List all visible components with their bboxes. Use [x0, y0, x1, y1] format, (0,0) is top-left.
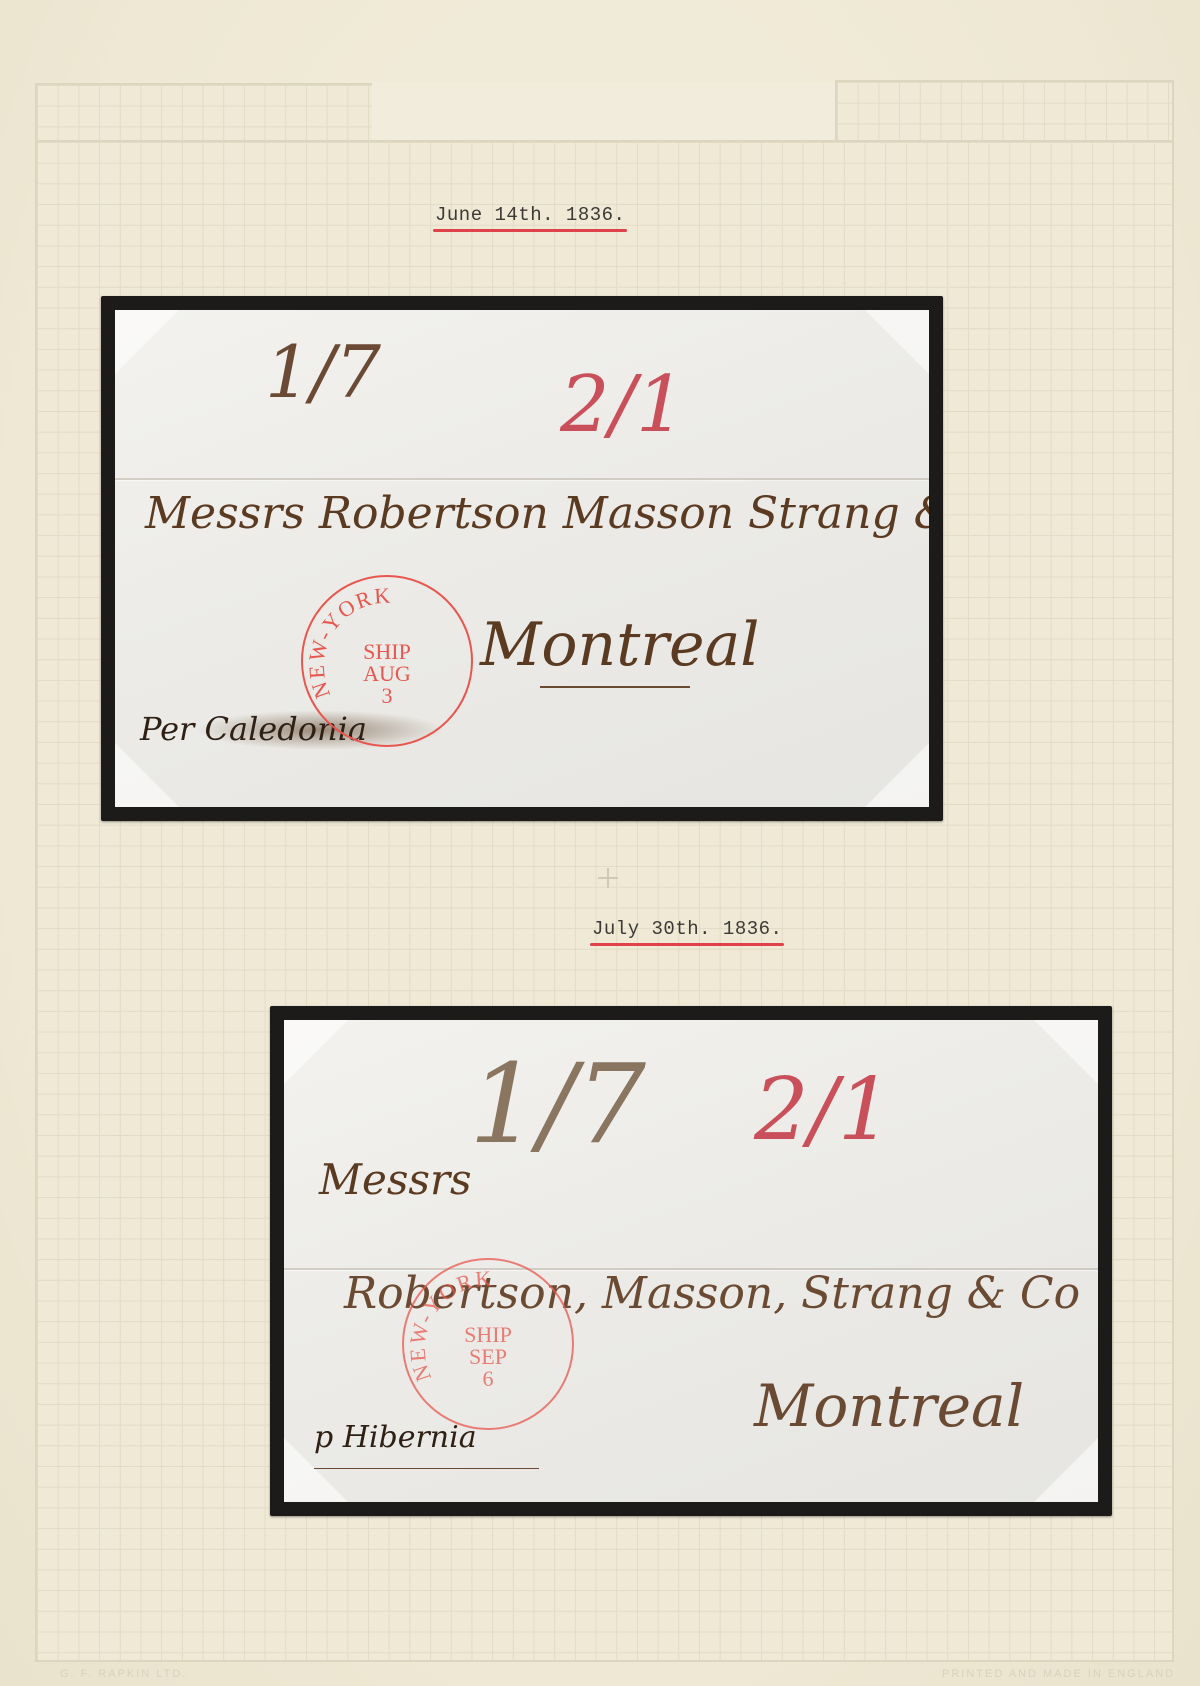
red-rate-marking: 2/1: [754, 1060, 892, 1160]
new-york-ship-postmark: NEW-YORK SHIP AUG 3: [301, 575, 473, 747]
grid-notch: [372, 82, 835, 142]
publisher-imprint: G. F. RAPKIN LTD.: [60, 1668, 187, 1680]
red-rate-marking: 2/1: [560, 360, 686, 450]
address-line-1: Messrs Robertson Masson Strang & Co: [145, 488, 929, 539]
photo-corner: [284, 1020, 348, 1084]
caption-underline: [433, 229, 627, 232]
address-line-1: Messrs: [319, 1155, 472, 1204]
cover-mount-1[interactable]: 1/7 2/1 Messrs Robertson Masson Strang &…: [101, 296, 943, 821]
photo-corner: [1034, 1020, 1098, 1084]
printer-imprint: PRINTED AND MADE IN ENGLAND: [942, 1668, 1175, 1680]
manuscript-rate: 1/7: [265, 330, 381, 414]
photo-corner: [865, 310, 929, 374]
photo-corner: [865, 743, 929, 807]
address-line-2: Montreal: [480, 610, 759, 680]
grid-tab-left: [35, 83, 376, 145]
caption-underline: [590, 943, 784, 946]
album-page: June 14th. 1836. 1/7 2/1 Messrs Robertso…: [0, 0, 1200, 1686]
postal-cover-2: 1/7 2/1 Messrs Robertson, Masson, Strang…: [284, 1020, 1098, 1502]
new-york-ship-postmark: NEW-YORK SHIP SEP 6: [402, 1258, 574, 1430]
photo-corner: [1034, 1438, 1098, 1502]
caption-cover-1: June 14th. 1836.: [435, 204, 625, 226]
postmark-date: SHIP SEP 6: [404, 1324, 572, 1390]
caption-text: June 14th. 1836.: [435, 204, 625, 226]
address-underline: [540, 686, 690, 688]
postmark-date: SHIP AUG 3: [303, 641, 471, 707]
photo-corner: [115, 310, 179, 374]
caption-text: July 30th. 1836.: [592, 918, 782, 940]
endorsement-underline: [314, 1468, 539, 1469]
cover-mount-2[interactable]: 1/7 2/1 Messrs Robertson, Masson, Strang…: [270, 1006, 1112, 1516]
manuscript-rate: 1/7: [469, 1040, 646, 1168]
center-crosshair-mark: [598, 868, 618, 888]
caption-cover-2: July 30th. 1836.: [592, 918, 782, 940]
photo-corner: [115, 743, 179, 807]
address-line-3: Montreal: [754, 1372, 1024, 1440]
postal-cover-1: 1/7 2/1 Messrs Robertson Masson Strang &…: [115, 310, 929, 807]
grid-tab-right: [835, 80, 1174, 145]
fold-line: [115, 478, 929, 480]
